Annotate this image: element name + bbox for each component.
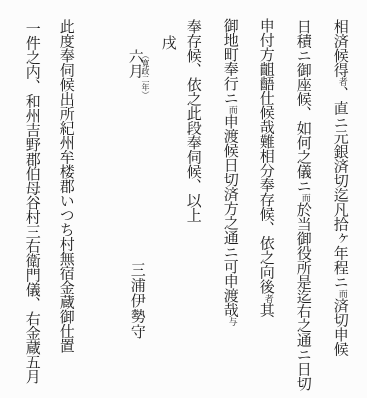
text-column-2: 日積ニ御座候、如何之儀ニ而於当御役所是迄右之通ニ日切 — [294, 19, 310, 391]
text-segment: 申渡候日切済方之通ニ可申渡哉 — [222, 114, 238, 317]
text-segment: 申付方齟齬仕候哉難相分奉存候、依之向後 — [258, 18, 274, 294]
text-column-3: 申付方齟齬仕候哉難相分奉存候、依之向後者其 — [257, 18, 273, 317]
text-segment: 者 — [337, 77, 346, 86]
signature-name: 三浦伊勢守 — [128, 262, 144, 339]
text-segment: 三浦伊勢守 — [129, 262, 145, 339]
text-column-6: 此度奉伺候出所紀州牟楼郡いつち村無宿金蔵御仕置 — [57, 19, 73, 353]
text-segment: 而 — [227, 105, 236, 114]
text-column-4: 御地町奉行ニ而申渡候日切済方之通ニ可申渡哉与 — [221, 18, 237, 326]
text-segment: （寛政二年） — [141, 51, 150, 99]
text-segment: 其 — [258, 303, 274, 318]
text-segment: 御地町奉行ニ — [222, 18, 238, 105]
year-branch: 戌 — [159, 35, 175, 50]
text-segment: 与 — [227, 317, 236, 326]
text-segment: 戌 — [160, 35, 176, 50]
text-column-1: 相済候得者、直ニ元銀済切迄凡拾ヶ年程ニ而済切申候 — [331, 19, 347, 356]
text-segment: 日積ニ御座候、如何之儀ニ — [295, 19, 311, 193]
text-segment: 者 — [263, 294, 272, 303]
month-label: 六月 — [126, 49, 142, 78]
text-segment: 相済候得 — [332, 19, 348, 77]
text-segment: 而 — [300, 193, 309, 202]
era-annotation: （寛政二年） — [141, 51, 149, 99]
text-segment: 済切申候 — [332, 298, 348, 356]
document-page: 相済候得者、直ニ元銀済切迄凡拾ヶ年程ニ而済切申候 日積ニ御座候、如何之儀ニ而於当… — [0, 0, 367, 398]
text-segment: 於当御役所是迄右之通ニ日切 — [295, 202, 311, 391]
text-column-7: 一件之内、和州吉野郡伯母谷村三右衛門儀、右金蔵五月 — [23, 21, 39, 384]
text-column-5: 奉存候、依之此段奉伺候、以上 — [184, 19, 200, 222]
text-segment: 奉存候、依之此段奉伺候、以上 — [185, 19, 201, 222]
text-segment: 而 — [337, 289, 346, 298]
text-segment: 一件之内、和州吉野郡伯母谷村三右衛門儀、右金蔵五月 — [24, 21, 40, 384]
text-segment: 此度奉伺候出所紀州牟楼郡いつち村無宿金蔵御仕置 — [58, 19, 74, 353]
text-segment: 、直ニ元銀済切迄凡拾ヶ年程ニ — [332, 86, 348, 289]
